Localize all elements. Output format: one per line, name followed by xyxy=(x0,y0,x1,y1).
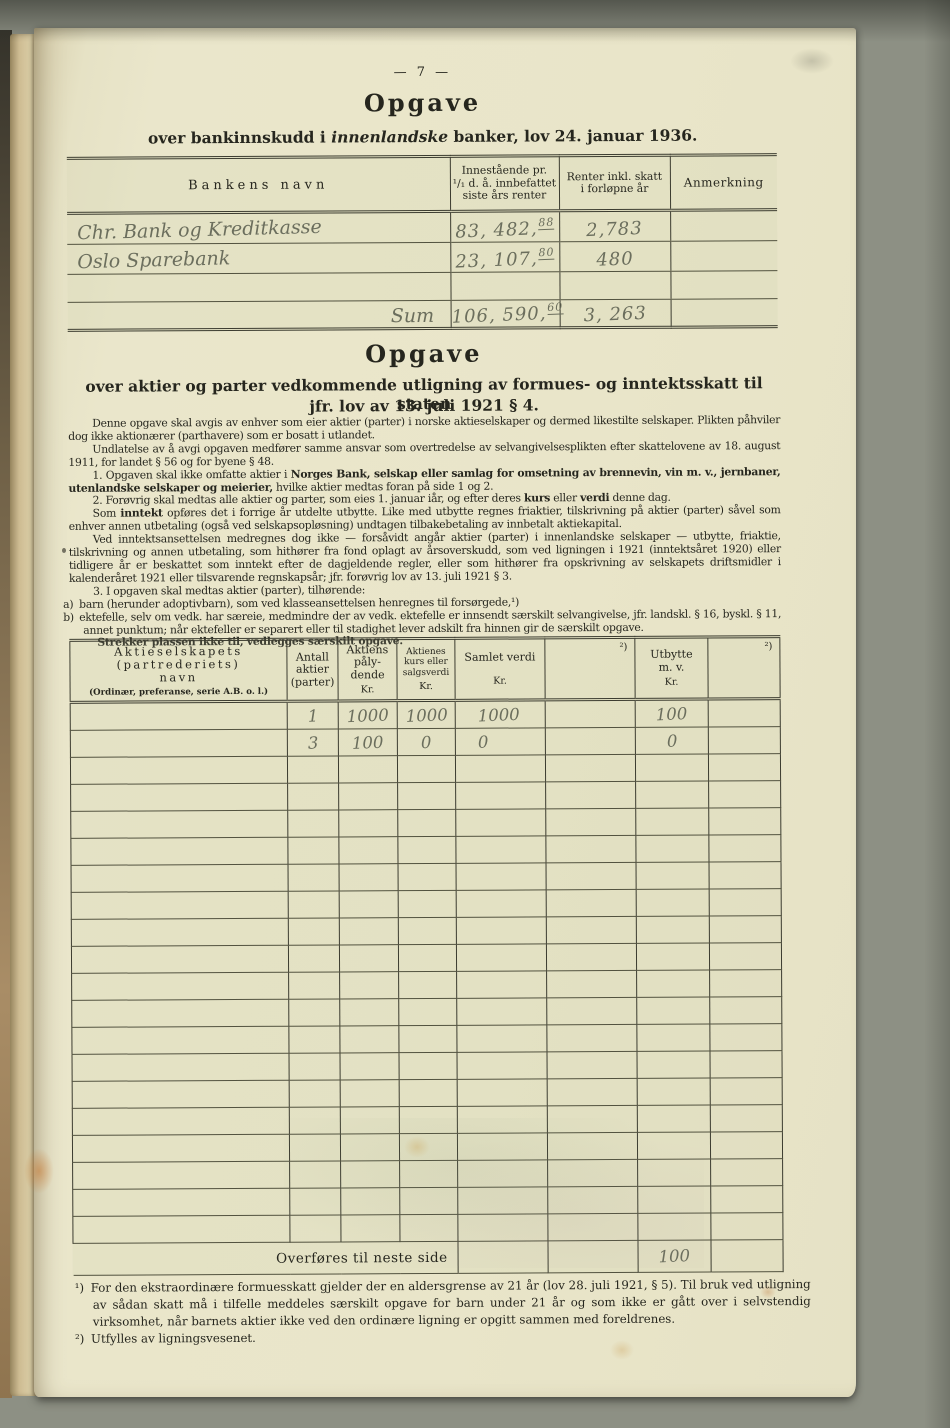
bank-row-2-name: Oslo Sparebank xyxy=(67,242,450,274)
section2-title: Opgave xyxy=(68,337,780,370)
instruction-paragraph: Ved inntektsansettelsen medregnes dog ik… xyxy=(69,530,781,585)
instruction-paragraph: b)ektefelle, selv om vedk. har særeie, m… xyxy=(63,608,781,638)
handwritten-number: 100 xyxy=(658,1246,690,1266)
dividend-cell: 100 xyxy=(638,1240,711,1272)
shares-table-empty-row xyxy=(72,970,782,1001)
total-cell xyxy=(458,1241,548,1273)
handwritten-number: 0 xyxy=(666,731,677,750)
handwritten-sum-label: Sum xyxy=(391,305,434,327)
shares-table-empty-row xyxy=(72,997,782,1028)
instructions-text: Denne opgave skal avgis av enhver som ei… xyxy=(68,414,781,650)
header-balance: Innestående pr. ¹/₁ d. å. innbefattet si… xyxy=(450,156,559,212)
official-cell xyxy=(548,1240,638,1272)
footnote-2: ²)Utfylles av ligningsvesenet. xyxy=(75,1327,811,1348)
shares-table-empty-row xyxy=(71,808,781,839)
shares-table-empty-row xyxy=(71,862,781,893)
header-official-use-1: ²) xyxy=(545,637,635,699)
shares-row-1: 1 1000 1000 1000 100 xyxy=(70,699,780,731)
header-market-value: Aktienes kurs eller salgsverdi Kr. xyxy=(397,638,455,700)
bank-row-1-balance: 83, 482,88 xyxy=(450,211,559,243)
shares-table-empty-row xyxy=(73,1213,783,1244)
bank-row-1-interest: 2,783 xyxy=(559,210,670,242)
header-dividend: Utbytte m. v. Kr. xyxy=(635,637,708,699)
instruction-paragraph: 1. Opgaven skal ikke omfatte aktier i No… xyxy=(68,466,780,496)
official-cell xyxy=(708,727,780,754)
handwritten-amount: 23, 107,80 xyxy=(455,247,555,274)
bank-row-1: Chr. Bank og Kreditkasse 83, 482,88 2,78… xyxy=(67,210,777,245)
handwritten-amount: 2,783 xyxy=(586,218,643,242)
bank-row-1-name: Chr. Bank og Kreditkasse xyxy=(67,211,450,244)
bank-table-header-row: Bankens navn Innestående pr. ¹/₁ d. å. i… xyxy=(67,155,777,214)
handwritten-number: 1000 xyxy=(346,705,389,726)
shares-table-empty-row xyxy=(72,1105,782,1136)
handwritten-number: 1000 xyxy=(477,704,520,725)
handwritten-amount: 3, 263 xyxy=(583,303,647,328)
company-name-cell xyxy=(70,701,287,730)
scan-background: — 7 — Opgave over bankinnskudd i innenla… xyxy=(0,0,950,1428)
bank-deposits-table: Bankens navn Innestående pr. ¹/₁ d. å. i… xyxy=(67,153,778,332)
sum-balance-cell: 106, 590,60 xyxy=(451,300,560,329)
count-cell: 1 xyxy=(287,701,338,729)
header-share-count: Antall aktier (parter) xyxy=(287,639,338,701)
handwritten-number: 100 xyxy=(352,732,384,752)
nominal-cell: 1000 xyxy=(338,701,397,729)
handwritten-number: 0 xyxy=(477,732,488,751)
bank-row-1-remark xyxy=(670,210,777,242)
handwritten-bank-name: Chr. Bank og Kreditkasse xyxy=(67,216,322,247)
total-cell: 1000 xyxy=(455,700,545,728)
header-company-name: Aktieselskapets (partrederiets) navn (Or… xyxy=(70,639,287,702)
subtitle-post: banker, lov 24. januar 1936. xyxy=(448,126,697,146)
shares-table-empty-row xyxy=(71,781,781,812)
dividend-cell: 0 xyxy=(635,727,708,754)
count-cell: 3 xyxy=(287,729,338,756)
kurs-cell: 1000 xyxy=(397,700,455,728)
sum-remark-cell xyxy=(671,299,778,328)
nominal-cell: 100 xyxy=(338,729,397,756)
handwritten-amount: 480 xyxy=(596,248,634,271)
shares-table: Aktieselskapets (partrederiets) navn (Or… xyxy=(69,635,783,1276)
header-official-use-2: ²) xyxy=(708,637,780,699)
bank-row-2-interest: 480 xyxy=(559,241,670,272)
shares-table-empty-row xyxy=(72,1024,782,1055)
header-interest: Renter inkl. skatt i forløpne år xyxy=(559,155,670,211)
official-cell xyxy=(545,727,635,754)
official-cell xyxy=(711,1240,783,1272)
bank-row-2-remark xyxy=(670,241,777,272)
header-total-value: Samlet verdi Kr. xyxy=(455,638,545,700)
section1-subtitle: over bankinnskudd i innenlandske banker,… xyxy=(67,125,779,148)
shares-table-empty-row xyxy=(72,1051,782,1082)
sum-interest-cell: 3, 263 xyxy=(560,299,671,328)
official-cell xyxy=(545,699,635,727)
bank-row-2: Oslo Sparebank 23, 107,80 480 xyxy=(67,241,777,275)
dividend-cell: 100 xyxy=(635,699,708,727)
official-cell xyxy=(708,699,780,727)
footnotes: ¹)For den ekstraordinære formuesskatt gj… xyxy=(75,1276,811,1348)
shares-table-header-row: Aktieselskapets (partrederiets) navn (Or… xyxy=(70,637,780,703)
bank-row-2-balance: 23, 107,80 xyxy=(450,242,559,273)
printed-content: — 7 — Opgave over bankinnskudd i innenla… xyxy=(66,26,785,1399)
list-marker: b) xyxy=(63,611,79,624)
bank-row-empty xyxy=(67,271,777,303)
list-marker: a) xyxy=(63,598,79,611)
kurs-cell: 0 xyxy=(397,728,455,755)
section1-title: Opgave xyxy=(66,86,778,119)
bank-sum-row: Sum 106, 590,60 3, 263 xyxy=(68,299,778,331)
shares-table-empty-row xyxy=(73,1186,783,1217)
handwritten-amount: 83, 482,88 xyxy=(455,217,555,244)
shares-table-empty-row xyxy=(71,889,781,920)
total-cell: 0 xyxy=(455,728,545,755)
subtitle-italic: innenlandske xyxy=(331,127,448,147)
handwritten-number: 1000 xyxy=(405,705,448,726)
carry-forward-row: Overføres til neste side 100 xyxy=(73,1240,783,1276)
page-number: — 7 — xyxy=(66,63,778,82)
handwritten-bank-name: Oslo Sparebank xyxy=(67,247,231,275)
shares-row-2: 3 100 0 0 0 xyxy=(70,727,780,758)
sum-label-cell: Sum xyxy=(68,300,451,330)
header-nominal-value: Aktiens påly- dende Kr. xyxy=(338,639,397,701)
shares-table-empty-row xyxy=(71,916,781,947)
footnote-1: ¹)For den ekstraordinære formuesskatt gj… xyxy=(75,1276,811,1331)
handwritten-number: 0 xyxy=(421,732,432,751)
handwritten-number: 3 xyxy=(307,733,318,752)
header-remark: Anmerkning xyxy=(670,155,777,211)
subtitle-pre: over bankinnskudd i xyxy=(148,127,331,147)
shares-table-empty-row xyxy=(71,943,781,974)
shares-table-empty-row xyxy=(71,835,781,866)
shares-table-empty-row xyxy=(72,1132,782,1163)
handwritten-number: 100 xyxy=(656,704,688,724)
company-name-cell xyxy=(70,729,287,757)
shares-table-empty-row xyxy=(72,1078,782,1109)
handwritten-number: 1 xyxy=(307,706,318,725)
shares-table-empty-row xyxy=(73,1159,783,1190)
header-bank-name: Bankens navn xyxy=(67,156,450,213)
carry-forward-label: Overføres til neste side xyxy=(73,1241,458,1275)
document-page: — 7 — Opgave over bankinnskudd i innenla… xyxy=(34,28,856,1397)
handwritten-amount: 106, 590,60 xyxy=(451,301,564,328)
ink-speck xyxy=(62,548,66,553)
underlying-page-edges xyxy=(10,34,36,1396)
shares-table-empty-row xyxy=(70,754,780,785)
